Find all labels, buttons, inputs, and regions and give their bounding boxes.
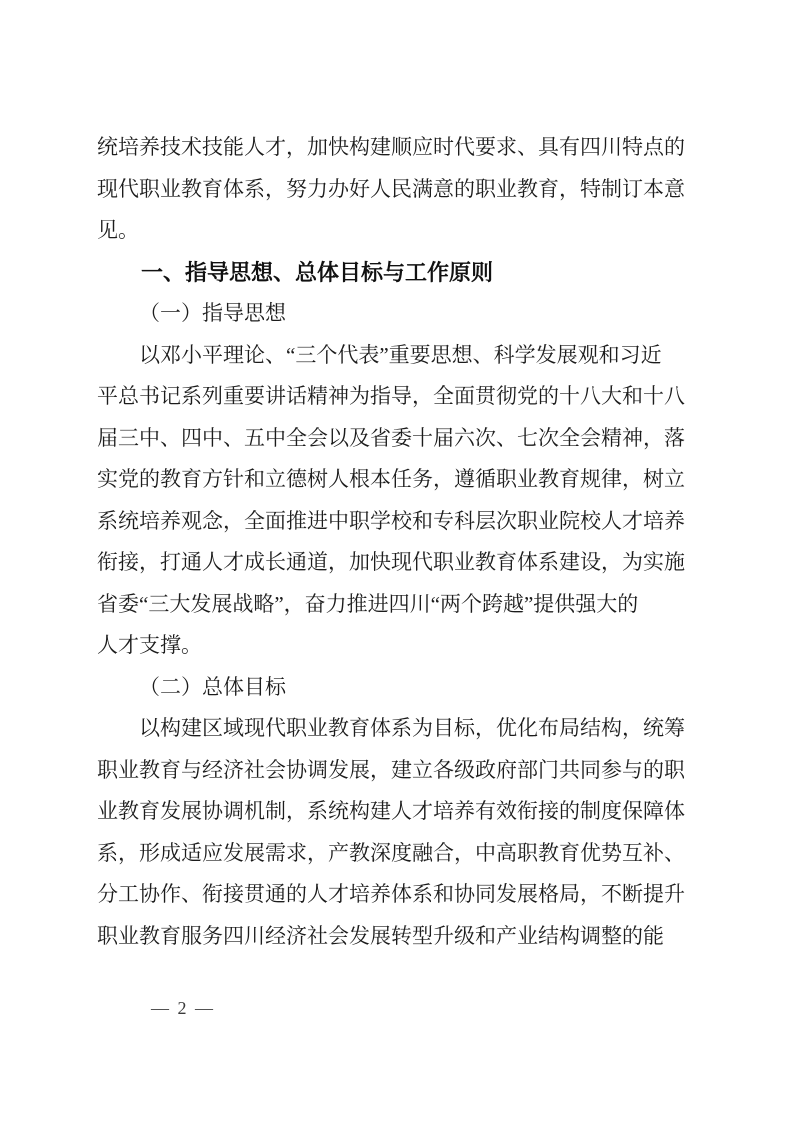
paragraph-continuation: 统培养技术技能人才，加快构建顺应时代要求、具有四川特点的 现代职业教育体系，努力… [97, 127, 689, 252]
document-body: 统培养技术技能人才，加快构建顺应时代要求、具有四川特点的 现代职业教育体系，努力… [97, 127, 689, 957]
paragraph-guiding-ideology: 以邓小平理论、“三个代表”重要思想、科学发展观和习近 平总书记系列重要讲话精神为… [97, 335, 689, 667]
document-page: 统培养技术技能人才，加快构建顺应时代要求、具有四川特点的 现代职业教育体系，努力… [0, 0, 793, 1122]
paragraph-overall-goal: 以构建区域现代职业教育体系为目标，优化布局结构，统筹 职业教育与经济社会协调发展… [97, 708, 689, 957]
section-heading: 一、指导思想、总体目标与工作原则 [97, 252, 689, 294]
subsection-heading-overall-goal: （二）总体目标 [97, 667, 689, 709]
subsection-heading-guiding-ideology: （一）指导思想 [97, 293, 689, 335]
page-number: — 2 — [151, 997, 215, 1019]
